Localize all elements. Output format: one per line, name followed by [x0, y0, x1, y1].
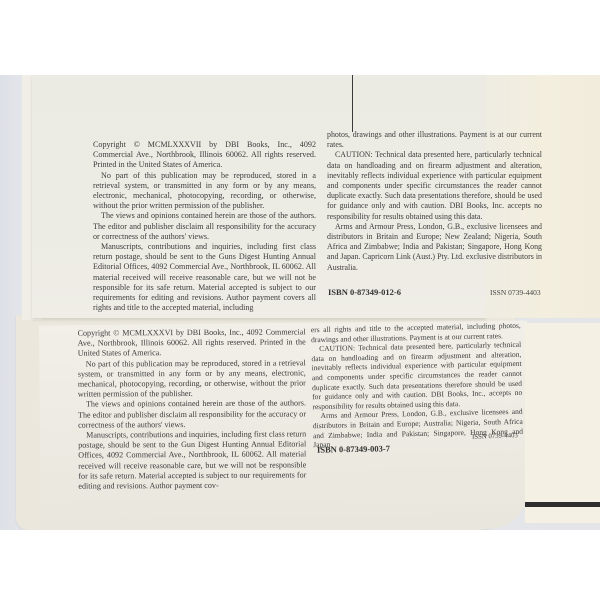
bottom-book-right-page — [525, 323, 600, 523]
copyright-text: Copyright © MCMLXXXVI by DBI Books, Inc.… — [78, 327, 306, 359]
payment-text: photos, drawings and other illustrations… — [327, 130, 542, 150]
reproduction-notice: No part of this publication may be repro… — [78, 358, 306, 400]
photo-scene: Copyright © MCMLXXXVII by DBI Books, Inc… — [0, 75, 600, 530]
top-page-right-column: photos, drawings and other illustrations… — [327, 130, 542, 273]
manuscripts-notice: Manuscripts, contributions and inquiries… — [78, 429, 306, 491]
reproduction-notice: No part of this publication may be repro… — [93, 171, 316, 212]
views-disclaimer: The views and opinions contained herein … — [78, 399, 306, 431]
copyright-text: Copyright © MCMLXXXVII by DBI Books, Inc… — [93, 140, 316, 171]
bottom-isbn: ISBN 0-87349-003-7 — [317, 443, 390, 454]
top-issn: ISSN 0739-4403 — [490, 288, 541, 297]
views-disclaimer: The views and opinions contained herein … — [93, 211, 316, 242]
center-rule — [352, 75, 353, 132]
top-page-left-column: Copyright © MCMLXXXVII by DBI Books, Inc… — [93, 140, 316, 313]
bookmark-ribbon — [525, 502, 600, 507]
manuscripts-notice: Manuscripts, contributions and inquiries… — [93, 242, 316, 313]
top-isbn: ISBN 0-87349-012-6 — [328, 287, 401, 297]
bottom-page-right-column: ers all rights and title to the accepted… — [311, 321, 524, 450]
caution-text: CAUTION: Technical data presented here, … — [327, 150, 542, 221]
caution-text: CAUTION: Technical data presented here, … — [311, 340, 522, 412]
distributors-text: Arms and Armour Press, London, G.B., exc… — [327, 222, 542, 273]
bottom-page-left-column: Copyright © MCMLXXXVI by DBI Books, Inc.… — [78, 327, 307, 491]
